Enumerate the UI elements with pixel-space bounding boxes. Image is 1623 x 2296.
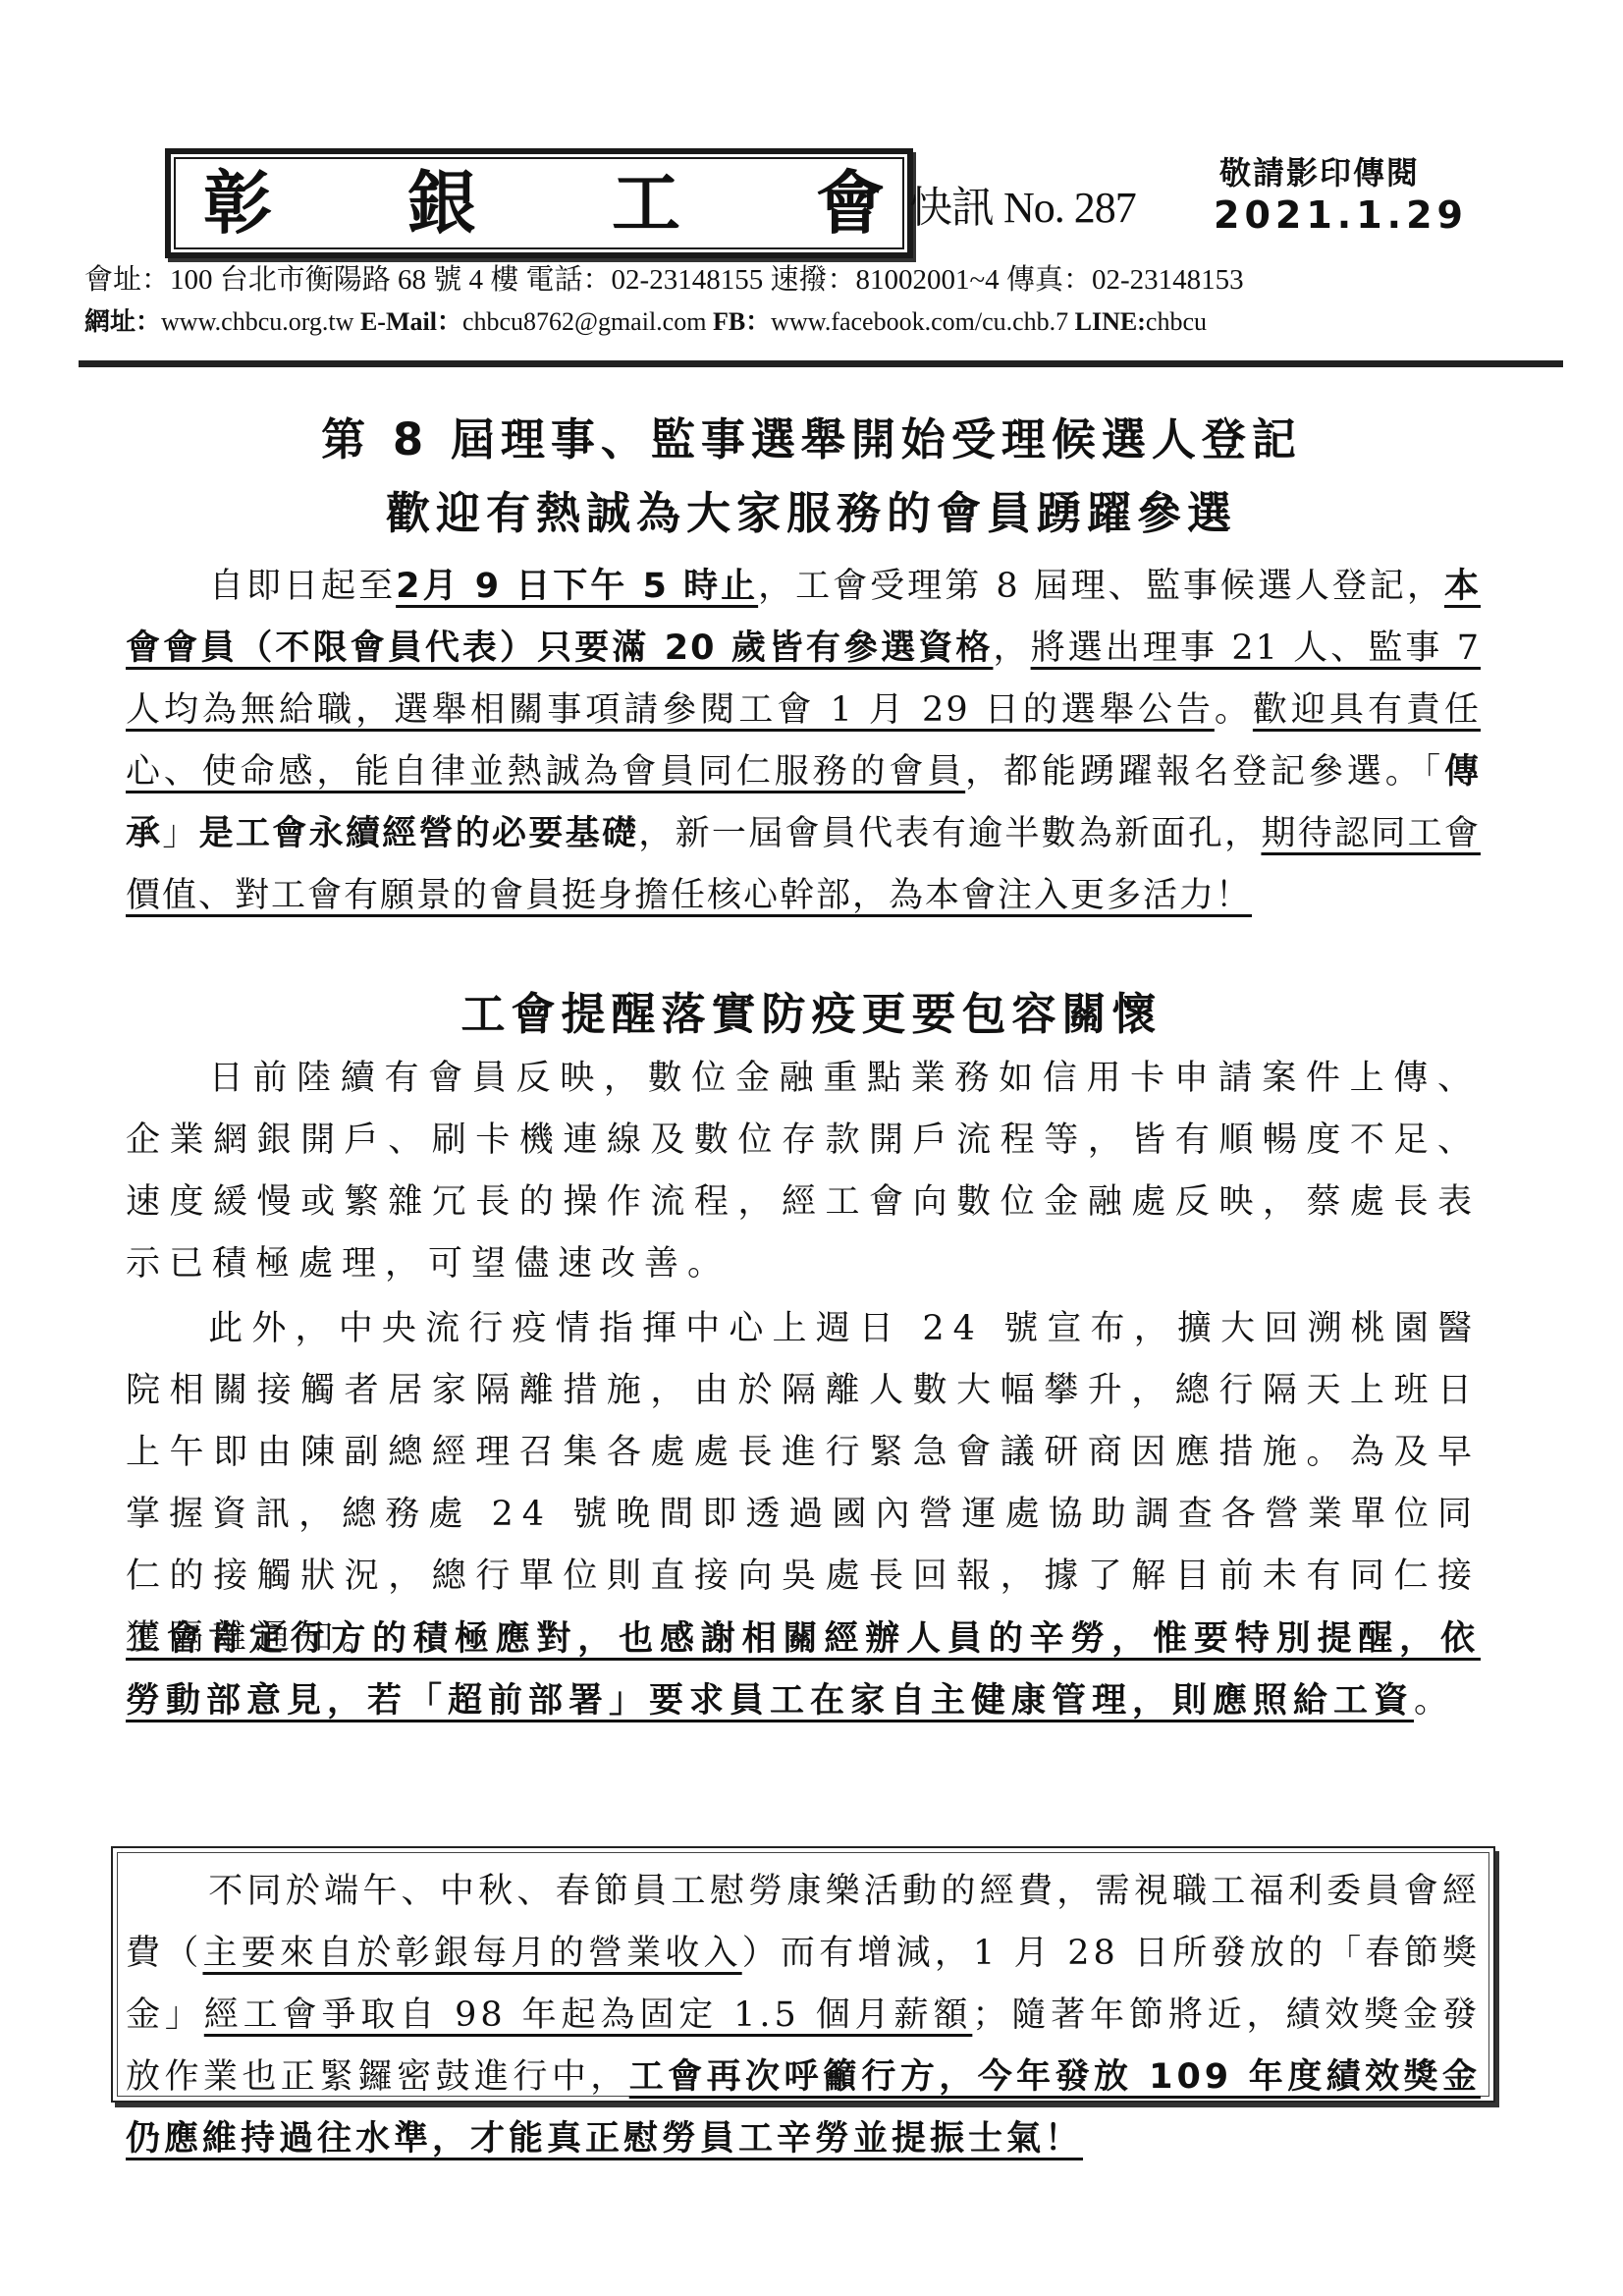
segment-deadline: 2月 9 日下午 5 時止 xyxy=(396,567,758,606)
article1-headline-line2: 歡迎有熱誠為大家服務的會員踴躍參選 xyxy=(0,491,1623,535)
website-label: 網址： xyxy=(84,307,161,336)
masthead-title-box: 彰 銀 工 會 xyxy=(165,148,913,258)
phone-label: 電話： xyxy=(526,264,612,296)
email-link[interactable]: chbcu8762@gmail.com xyxy=(462,307,707,336)
masthead-char: 彰 xyxy=(203,169,272,238)
copy-circulate-note: 敬請影印傳閱 xyxy=(1219,157,1420,189)
fax: 02-23148153 xyxy=(1092,264,1244,296)
contact-line-address: 會址：100 台北市衡陽路 68 號 4 樓 電話：02-23148155 速撥… xyxy=(84,263,1244,298)
fb-link[interactable]: www.facebook.com/cu.chb.7 xyxy=(771,307,1068,336)
segment: ， xyxy=(993,629,1030,668)
segment: ，都能踴躍報名登記參選。「 xyxy=(965,752,1444,792)
fb-label: FB： xyxy=(713,307,771,336)
article2-paragraph3: 工會肯定行方的積極應對，也感謝相關經辦人員的辛勞，惟要特別提醒，依勞動部意見，若… xyxy=(126,1609,1481,1732)
website-link[interactable]: www.chbcu.org.tw xyxy=(161,307,353,336)
phone: 02-23148155 xyxy=(612,264,764,296)
issue-number: 快訊 No. 287 xyxy=(909,187,1136,230)
segment-foundation: 是工會永續經營的必要基礎 xyxy=(199,814,639,853)
paragraph-text: 日前陸續有會員反映，數位金融重點業務如信用卡申請案件上傳、企業網銀開戶、刷卡機連… xyxy=(126,1059,1481,1284)
article2-paragraph1: 日前陸續有會員反映，數位金融重點業務如信用卡申請案件上傳、企業網銀開戶、刷卡機連… xyxy=(126,1048,1481,1295)
address: 100 台北市衡陽路 68 號 4 樓 xyxy=(170,264,518,296)
segment: 自即日起至 xyxy=(208,567,396,606)
segment: 。 xyxy=(1215,690,1253,730)
segment-fixed-bonus: 經工會爭取自 98 年起為固定 1.5 個月薪額 xyxy=(204,1995,973,2035)
masthead-char: 銀 xyxy=(407,169,476,238)
segment: ，新一屆會員代表有逾半數為新面孔， xyxy=(638,814,1261,853)
paragraph-end: 。 xyxy=(1414,1681,1454,1721)
email-label: E-Mail： xyxy=(360,307,462,336)
line-label: LINE: xyxy=(1075,307,1146,336)
masthead-char: 會 xyxy=(816,169,885,238)
speed-dial-label: 速撥： xyxy=(770,264,855,296)
newsletter-page: 彰 銀 工 會 快訊 No. 287 敬請影印傳閱 2021.1.29 會址：1… xyxy=(0,0,1623,2296)
article1-headline-line1: 第 8 屆理事、監事選舉開始受理候選人登記 xyxy=(0,417,1623,462)
contact-line-online: 網址：www.chbcu.org.tw E-Mail：chbcu8762@gma… xyxy=(84,306,1207,337)
speed-dial: 81002001~4 xyxy=(855,264,999,296)
paragraph-text: 此外，中央流行疫情指揮中心上週日 24 號宣布，擴大回溯桃園醫院相關接觸者居家隔… xyxy=(126,1309,1481,1658)
bonus-note-body: 不同於端午、中秋、春節員工慰勞康樂活動的經費，需視職工福利委員會經費（主要來自於… xyxy=(126,1861,1481,2170)
fax-label: 傳真： xyxy=(1006,264,1092,296)
segment-funding-source: 主要來自於彰銀每月的營業收入 xyxy=(202,1934,741,1973)
issue-date: 2021.1.29 xyxy=(1214,196,1468,234)
address-label: 會址： xyxy=(84,264,170,296)
line-id: chbcu xyxy=(1146,307,1207,336)
paragraph-text-emphasis: 工會肯定行方的積極應對，也感謝相關經辦人員的辛勞，惟要特別提醒，依勞動部意見，若… xyxy=(126,1619,1481,1721)
segment: 」 xyxy=(162,814,198,853)
article2-headline: 工會提醒落實防疫更要包容關懷 xyxy=(0,992,1623,1036)
masthead-char: 工 xyxy=(612,169,680,238)
header-divider xyxy=(79,360,1563,367)
article1-body: 自即日起至2月 9 日下午 5 時止，工會受理第 8 屆理、監事候選人登記，本會… xyxy=(126,556,1481,927)
segment: ，工會受理第 8 屆理、監事候選人登記， xyxy=(758,567,1444,606)
